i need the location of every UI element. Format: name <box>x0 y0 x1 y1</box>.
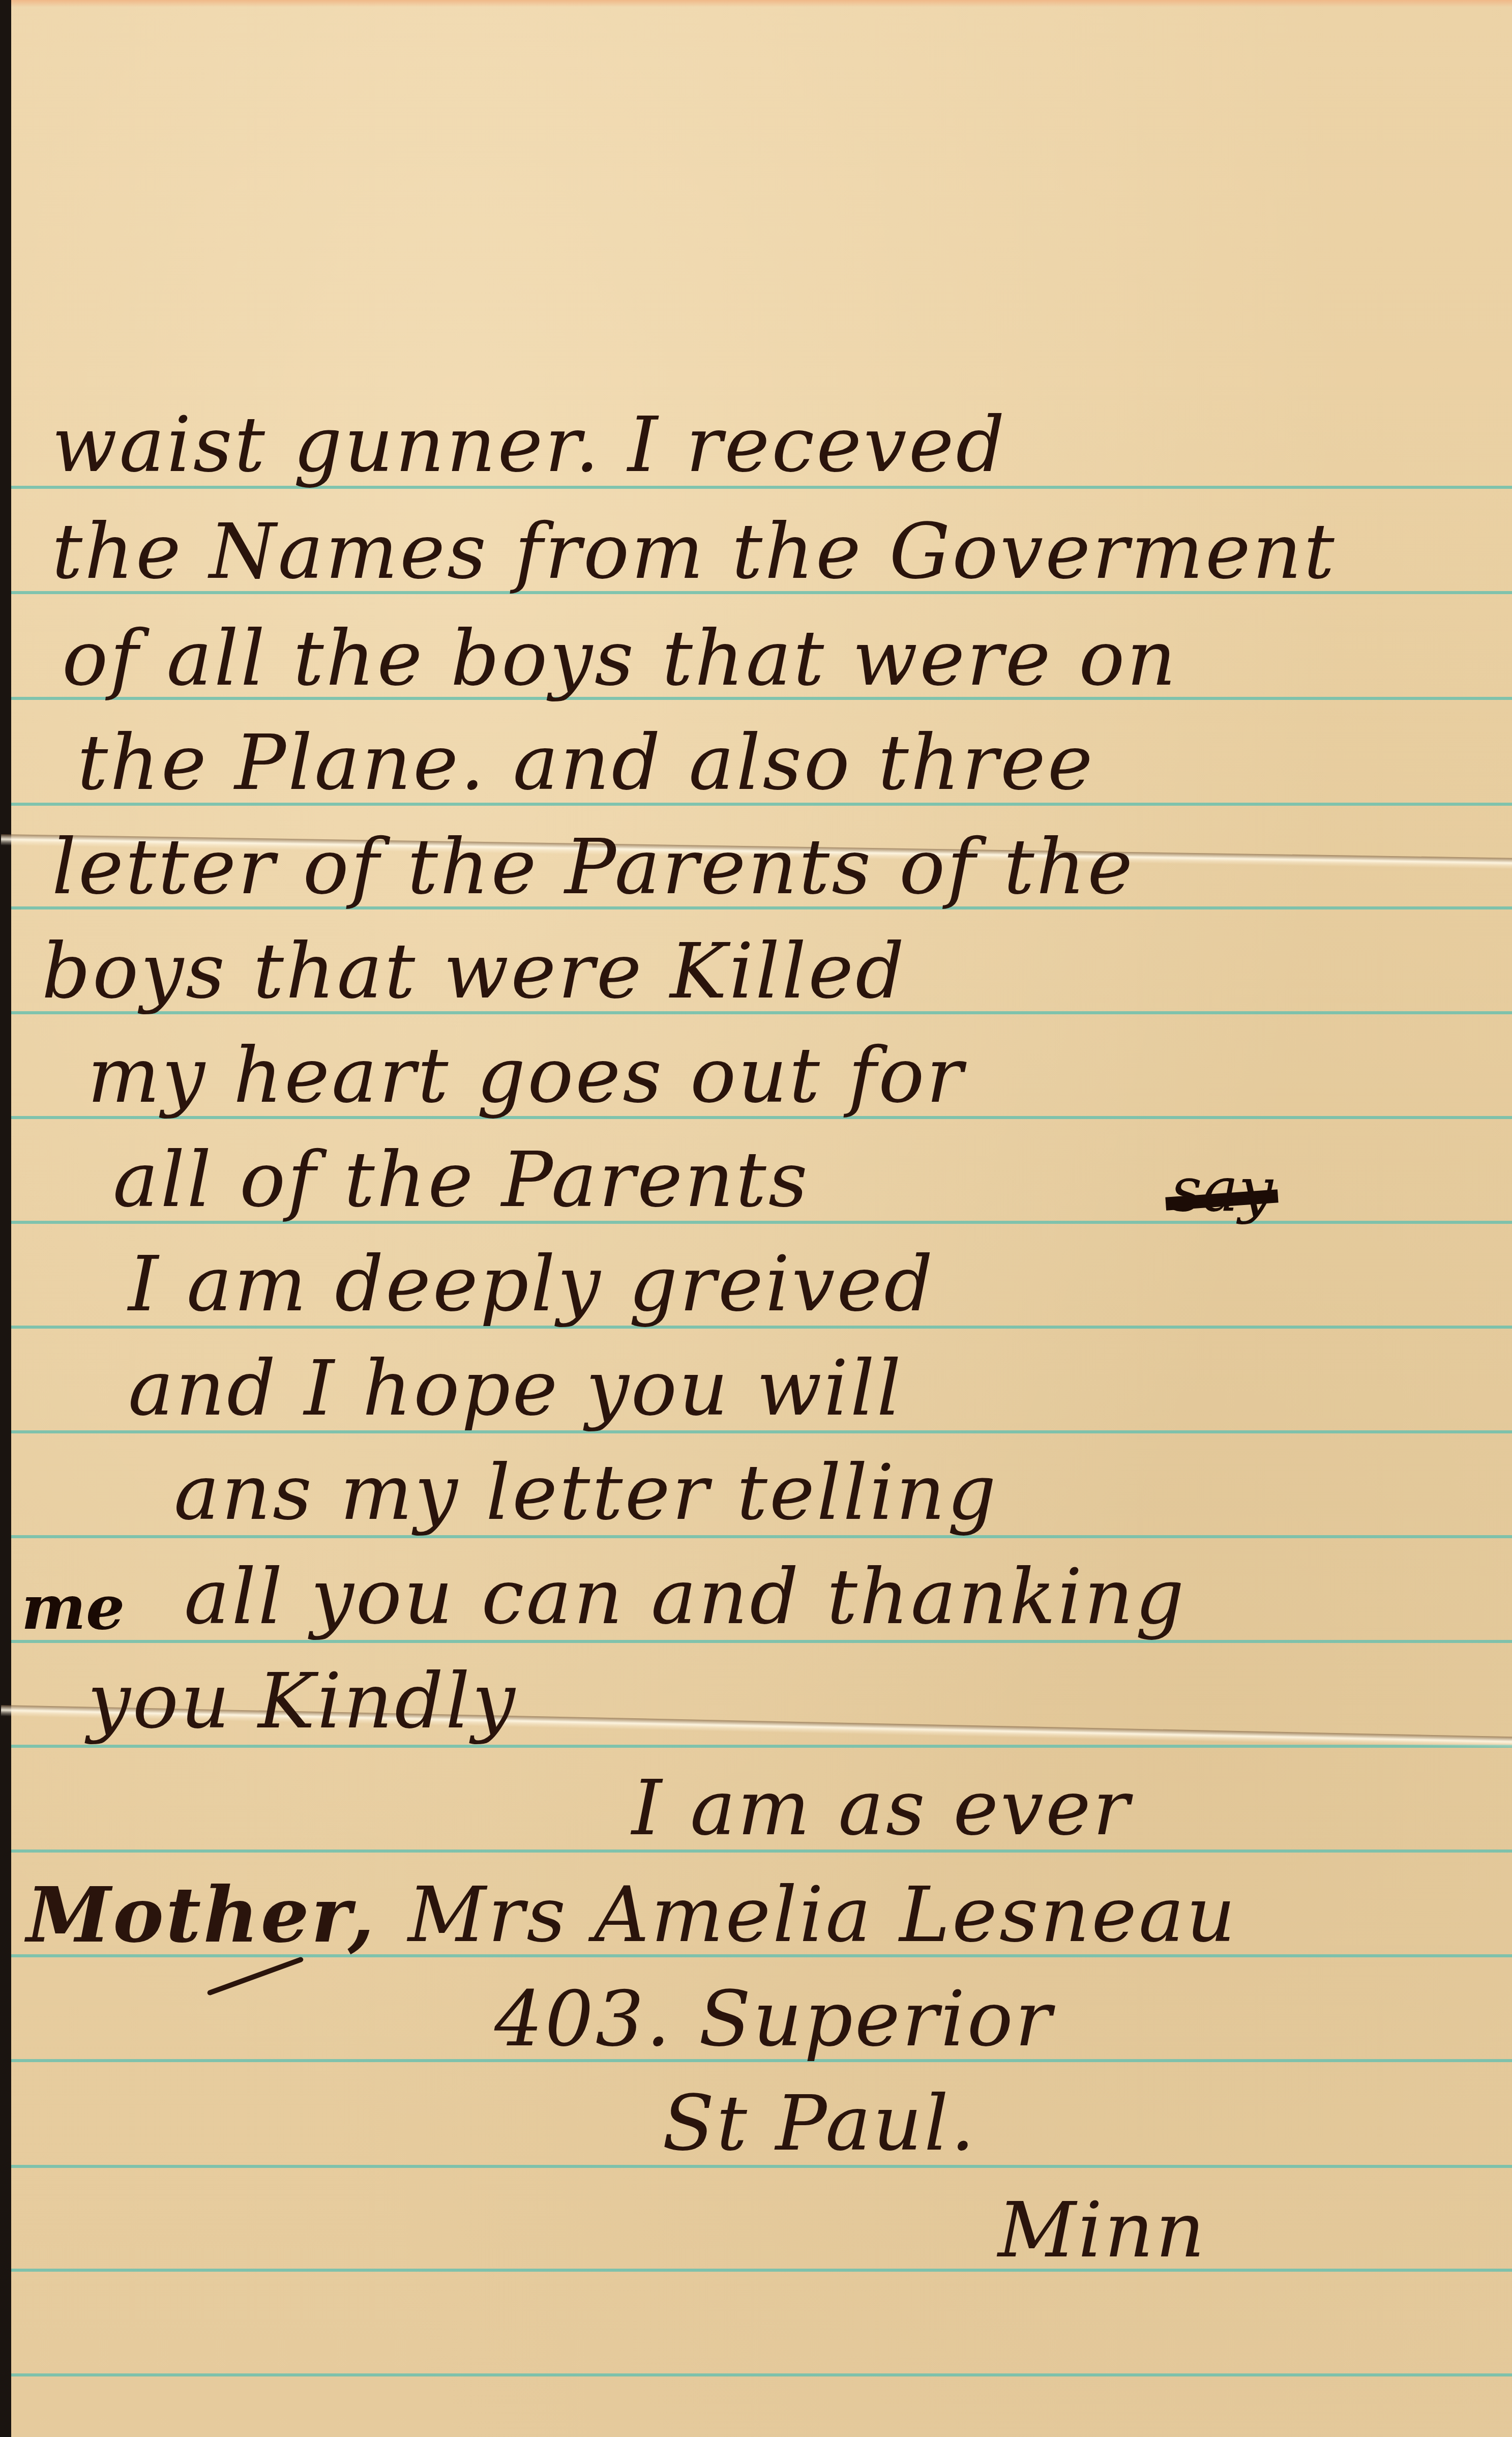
letter-line: you Kindly <box>87 1663 517 1740</box>
address-street: 403. Superior <box>494 1981 1054 2058</box>
address-city: St Paul. <box>662 2086 977 2162</box>
closing-line: I am as ever <box>632 1770 1131 1846</box>
address-state: Minn <box>998 2192 1207 2269</box>
signature-underline <box>206 1956 304 1996</box>
ruled-line <box>11 2373 1512 2376</box>
signature-prefix: Mother, <box>26 1877 376 1953</box>
letter-line: ans my letter telling <box>174 1455 998 1531</box>
signature-name: Mrs Amelia Lesneau <box>408 1877 1237 1953</box>
struck-out-word: say <box>1171 1155 1273 1225</box>
letter-line: all you can and thanking <box>184 1559 1186 1635</box>
letter-line: the Names from the Goverment <box>52 514 1337 590</box>
margin-note: me <box>21 1572 125 1643</box>
letter-line: I am deeply greived <box>128 1246 935 1323</box>
letter-line: boys that were Killed <box>42 933 906 1010</box>
letter-line: waist gunner. I receved <box>52 407 1007 483</box>
ruled-line <box>11 2269 1512 2272</box>
letter-line: the Plane. and also three <box>77 725 1095 801</box>
letter-line: and I hope you will <box>128 1350 903 1427</box>
letter-line: letter of the Parents of the <box>52 829 1135 905</box>
letter-line: all of the Parents <box>113 1142 810 1218</box>
letter-line: of all the boys that were on <box>62 621 1178 697</box>
letter-line: my heart goes out for <box>87 1038 965 1114</box>
paper-top-edge <box>11 0 1512 7</box>
letter-page: waist gunner. I receved the Names from t… <box>11 0 1512 2437</box>
